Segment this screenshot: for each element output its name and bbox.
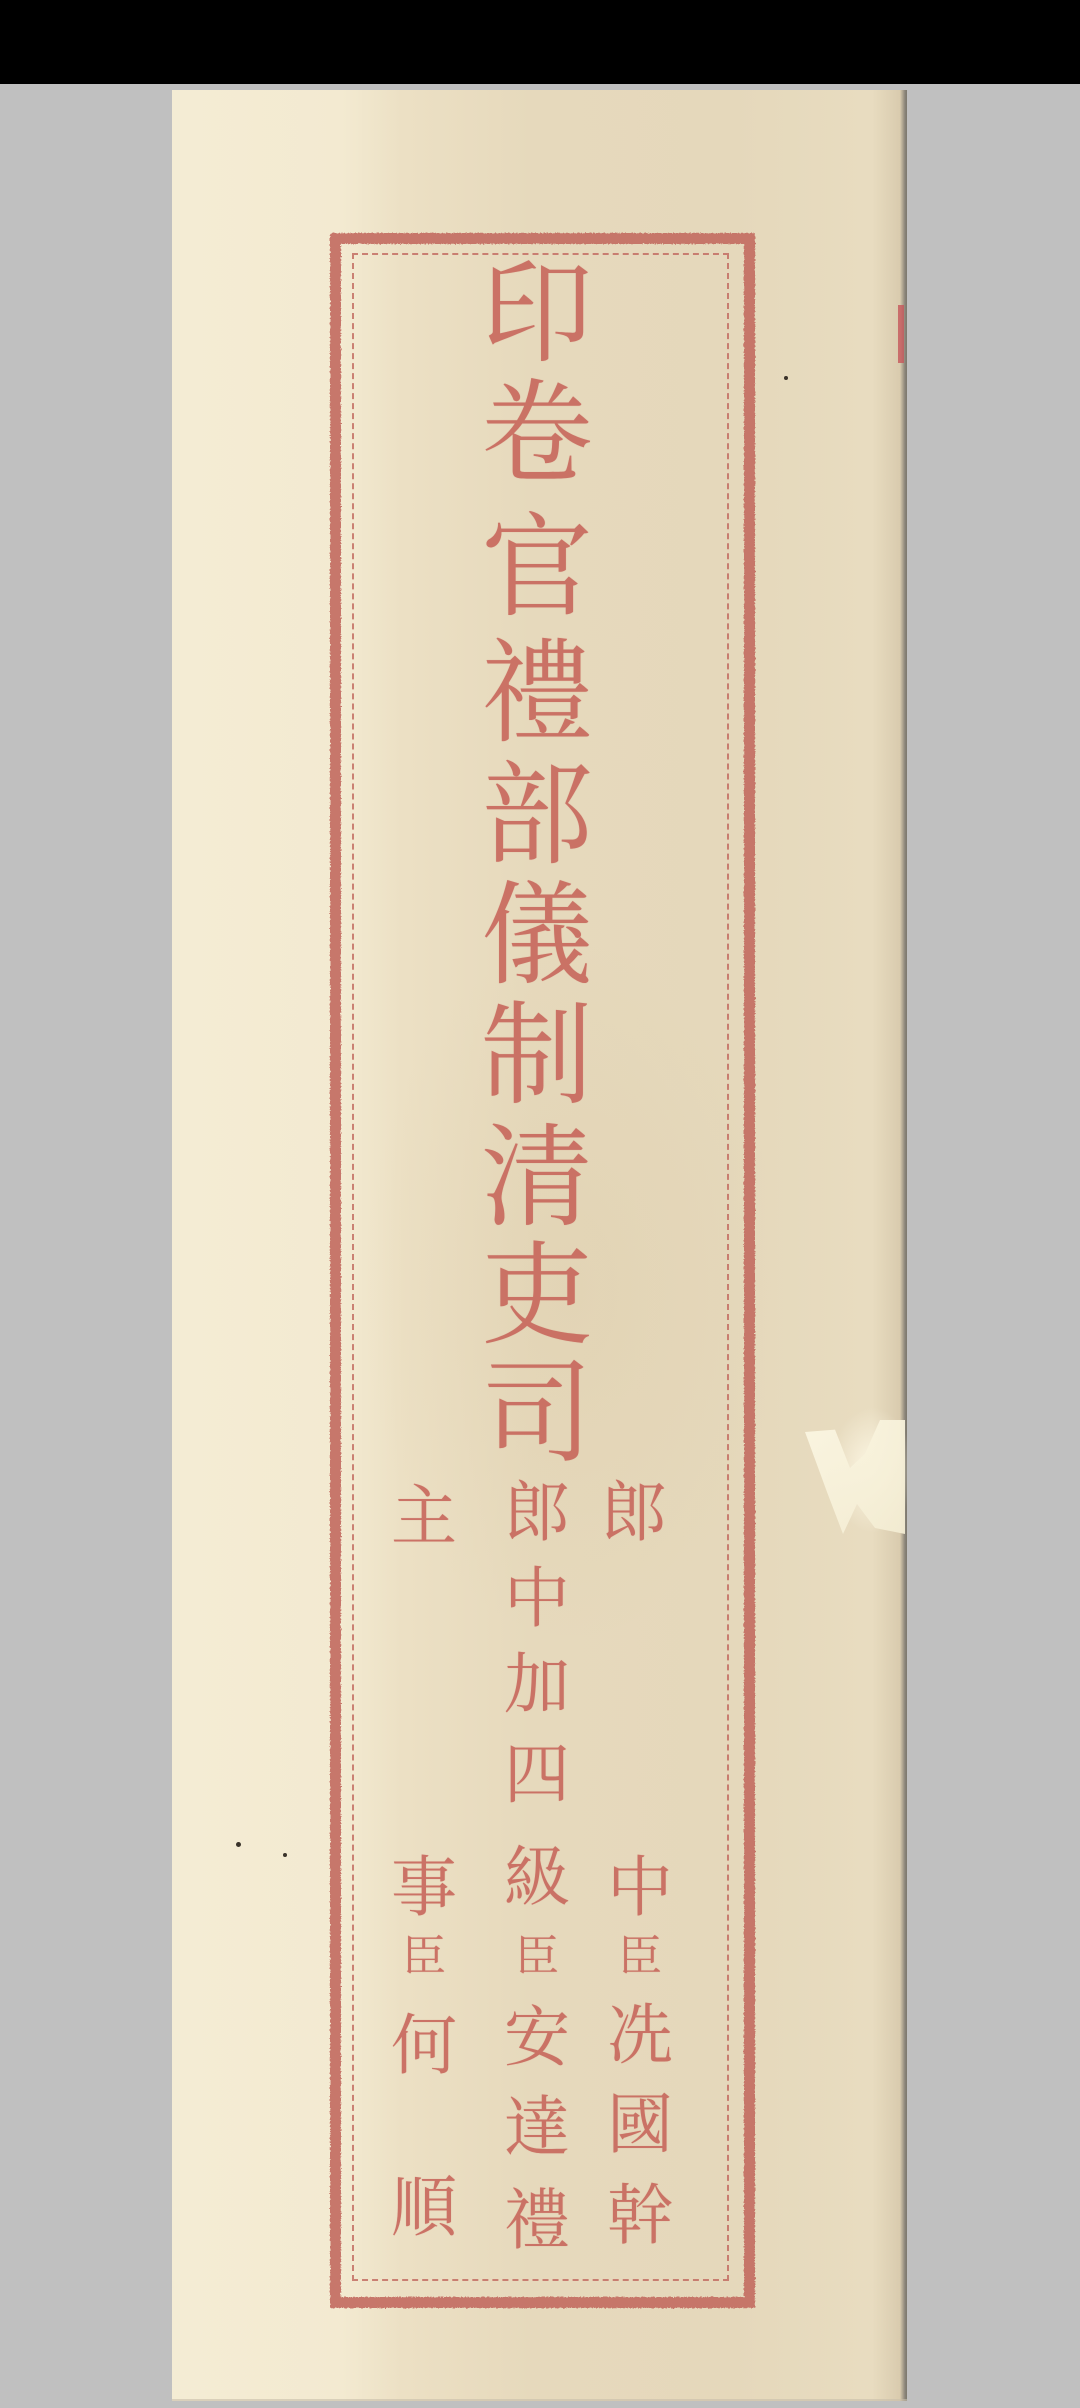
top-black-bar bbox=[0, 0, 1080, 84]
paper-speck bbox=[283, 1853, 287, 1857]
title-char: 司 bbox=[467, 1358, 607, 1470]
title-char: 部 bbox=[467, 760, 607, 872]
title-char: 清 bbox=[467, 1122, 607, 1234]
name-char: 事 bbox=[384, 1855, 464, 1921]
name-char: 中 bbox=[497, 1566, 577, 1632]
title-char: 印 bbox=[467, 258, 607, 370]
name-char: 四 bbox=[497, 1742, 577, 1808]
name-char: 郎 bbox=[594, 1480, 674, 1546]
name-char: 冼 bbox=[600, 2003, 680, 2069]
title-char: 官 bbox=[467, 512, 607, 624]
paper-speck bbox=[236, 1842, 241, 1847]
name-char: 級 bbox=[497, 1845, 577, 1911]
name-char: 順 bbox=[384, 2175, 464, 2241]
name-char: 郎 bbox=[497, 1480, 577, 1546]
name-char: 臣 bbox=[497, 1935, 577, 1979]
name-char: 幹 bbox=[600, 2183, 680, 2249]
name-char: 安 bbox=[497, 2005, 577, 2071]
name-char: 加 bbox=[497, 1652, 577, 1718]
name-char: 何 bbox=[384, 2013, 464, 2079]
name-char: 中 bbox=[600, 1855, 680, 1921]
title-char: 禮 bbox=[467, 638, 607, 750]
name-char: 禮 bbox=[497, 2188, 577, 2254]
title-char: 卷 bbox=[467, 378, 607, 490]
red-edge-mark bbox=[898, 305, 904, 363]
name-char: 達 bbox=[497, 2095, 577, 2161]
title-char: 吏 bbox=[467, 1240, 607, 1352]
title-char: 制 bbox=[467, 1000, 607, 1112]
name-char: 國 bbox=[600, 2092, 680, 2158]
name-char: 臣 bbox=[600, 1935, 680, 1979]
paper-speck bbox=[784, 376, 788, 380]
name-char: 主 bbox=[384, 1484, 464, 1550]
name-char: 臣 bbox=[384, 1935, 464, 1979]
title-char: 儀 bbox=[467, 880, 607, 992]
